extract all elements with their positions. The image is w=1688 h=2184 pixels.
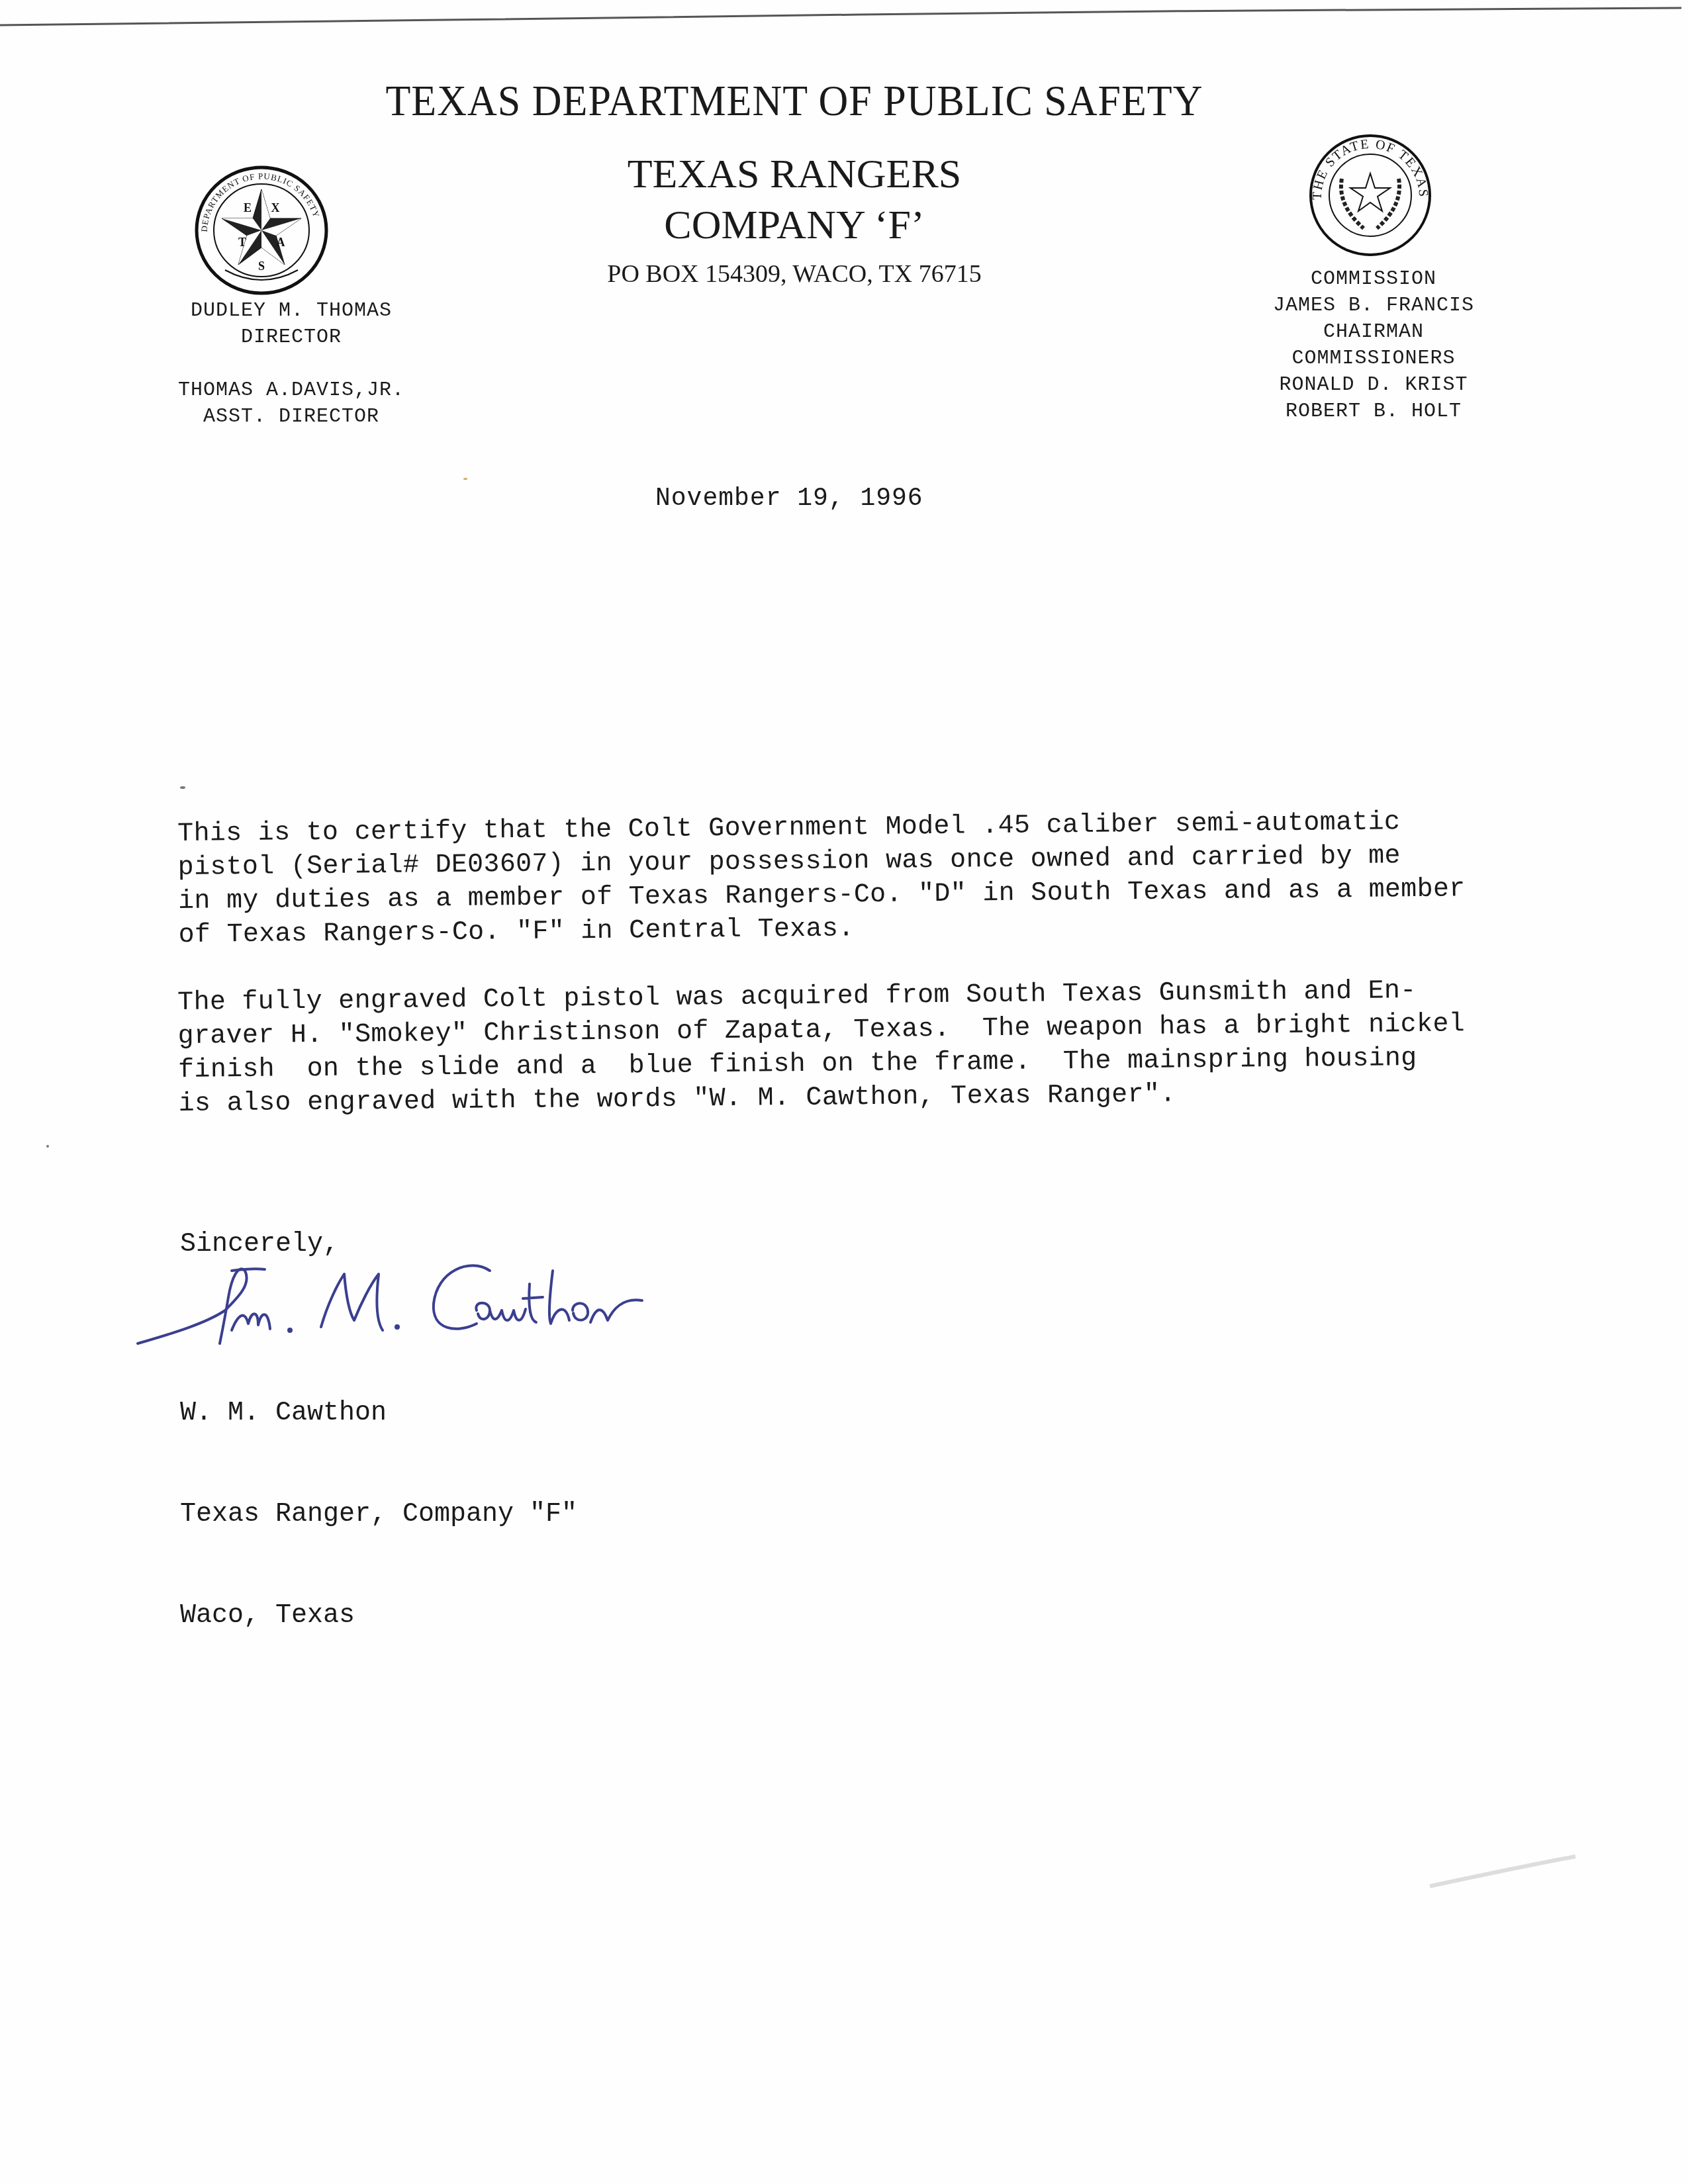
asst-director-name: THOMAS A.DAVIS,JR.	[132, 377, 450, 404]
scan-smudge	[1423, 1840, 1622, 1893]
commissioner-name: ROBERT B. HOLT	[1238, 398, 1509, 425]
svg-text:X: X	[271, 201, 280, 214]
scan-speck	[180, 786, 185, 789]
state-of-texas-seal-icon: THE STATE OF TEXAS	[1307, 132, 1433, 258]
body-paragraph: This is to certify that the Colt Governm…	[177, 804, 1542, 952]
signer-location: Waco, Texas	[180, 1599, 577, 1633]
director-name: DUDLEY M. THOMAS	[132, 298, 450, 324]
svg-text:A: A	[277, 236, 285, 249]
director-block: DUDLEY M. THOMAS DIRECTOR THOMAS A.DAVIS…	[132, 298, 450, 430]
paper-edge	[0, 0, 1688, 40]
signer-block: W. M. Cawthon Texas Ranger, Company "F" …	[180, 1329, 577, 1666]
commission-heading: COMMISSION	[1238, 266, 1509, 293]
chairman-title: CHAIRMAN	[1238, 319, 1509, 345]
seal-letter: E	[244, 201, 252, 214]
svg-text:T: T	[238, 236, 246, 249]
commissioner-name: RONALD D. KRIST	[1238, 372, 1509, 398]
chairman-name: JAMES B. FRANCIS	[1238, 293, 1509, 319]
signer-title: Texas Ranger, Company "F"	[180, 1498, 577, 1531]
department-title: TEXAS DEPARTMENT OF PUBLIC SAFETY	[0, 77, 1589, 126]
svg-text:S: S	[258, 259, 265, 273]
svg-text:THE STATE OF TEXAS: THE STATE OF TEXAS	[1310, 137, 1430, 201]
dps-seal-icon: E X T A S DEPARTMENT OF PUBLIC SAFETY	[192, 164, 331, 296]
scan-speck	[46, 1145, 49, 1148]
body-paragraph: The fully engraved Colt pistol was acqui…	[177, 973, 1542, 1121]
scan-speck	[463, 478, 467, 480]
signer-name: W. M. Cawthon	[180, 1396, 577, 1430]
director-title: DIRECTOR	[132, 324, 450, 351]
commission-block: COMMISSION JAMES B. FRANCIS CHAIRMAN COM…	[1238, 266, 1509, 425]
asst-director-title: ASST. DIRECTOR	[132, 404, 450, 430]
commissioners-heading: COMMISSIONERS	[1238, 345, 1509, 372]
letter-date: November 19, 1996	[655, 484, 923, 513]
